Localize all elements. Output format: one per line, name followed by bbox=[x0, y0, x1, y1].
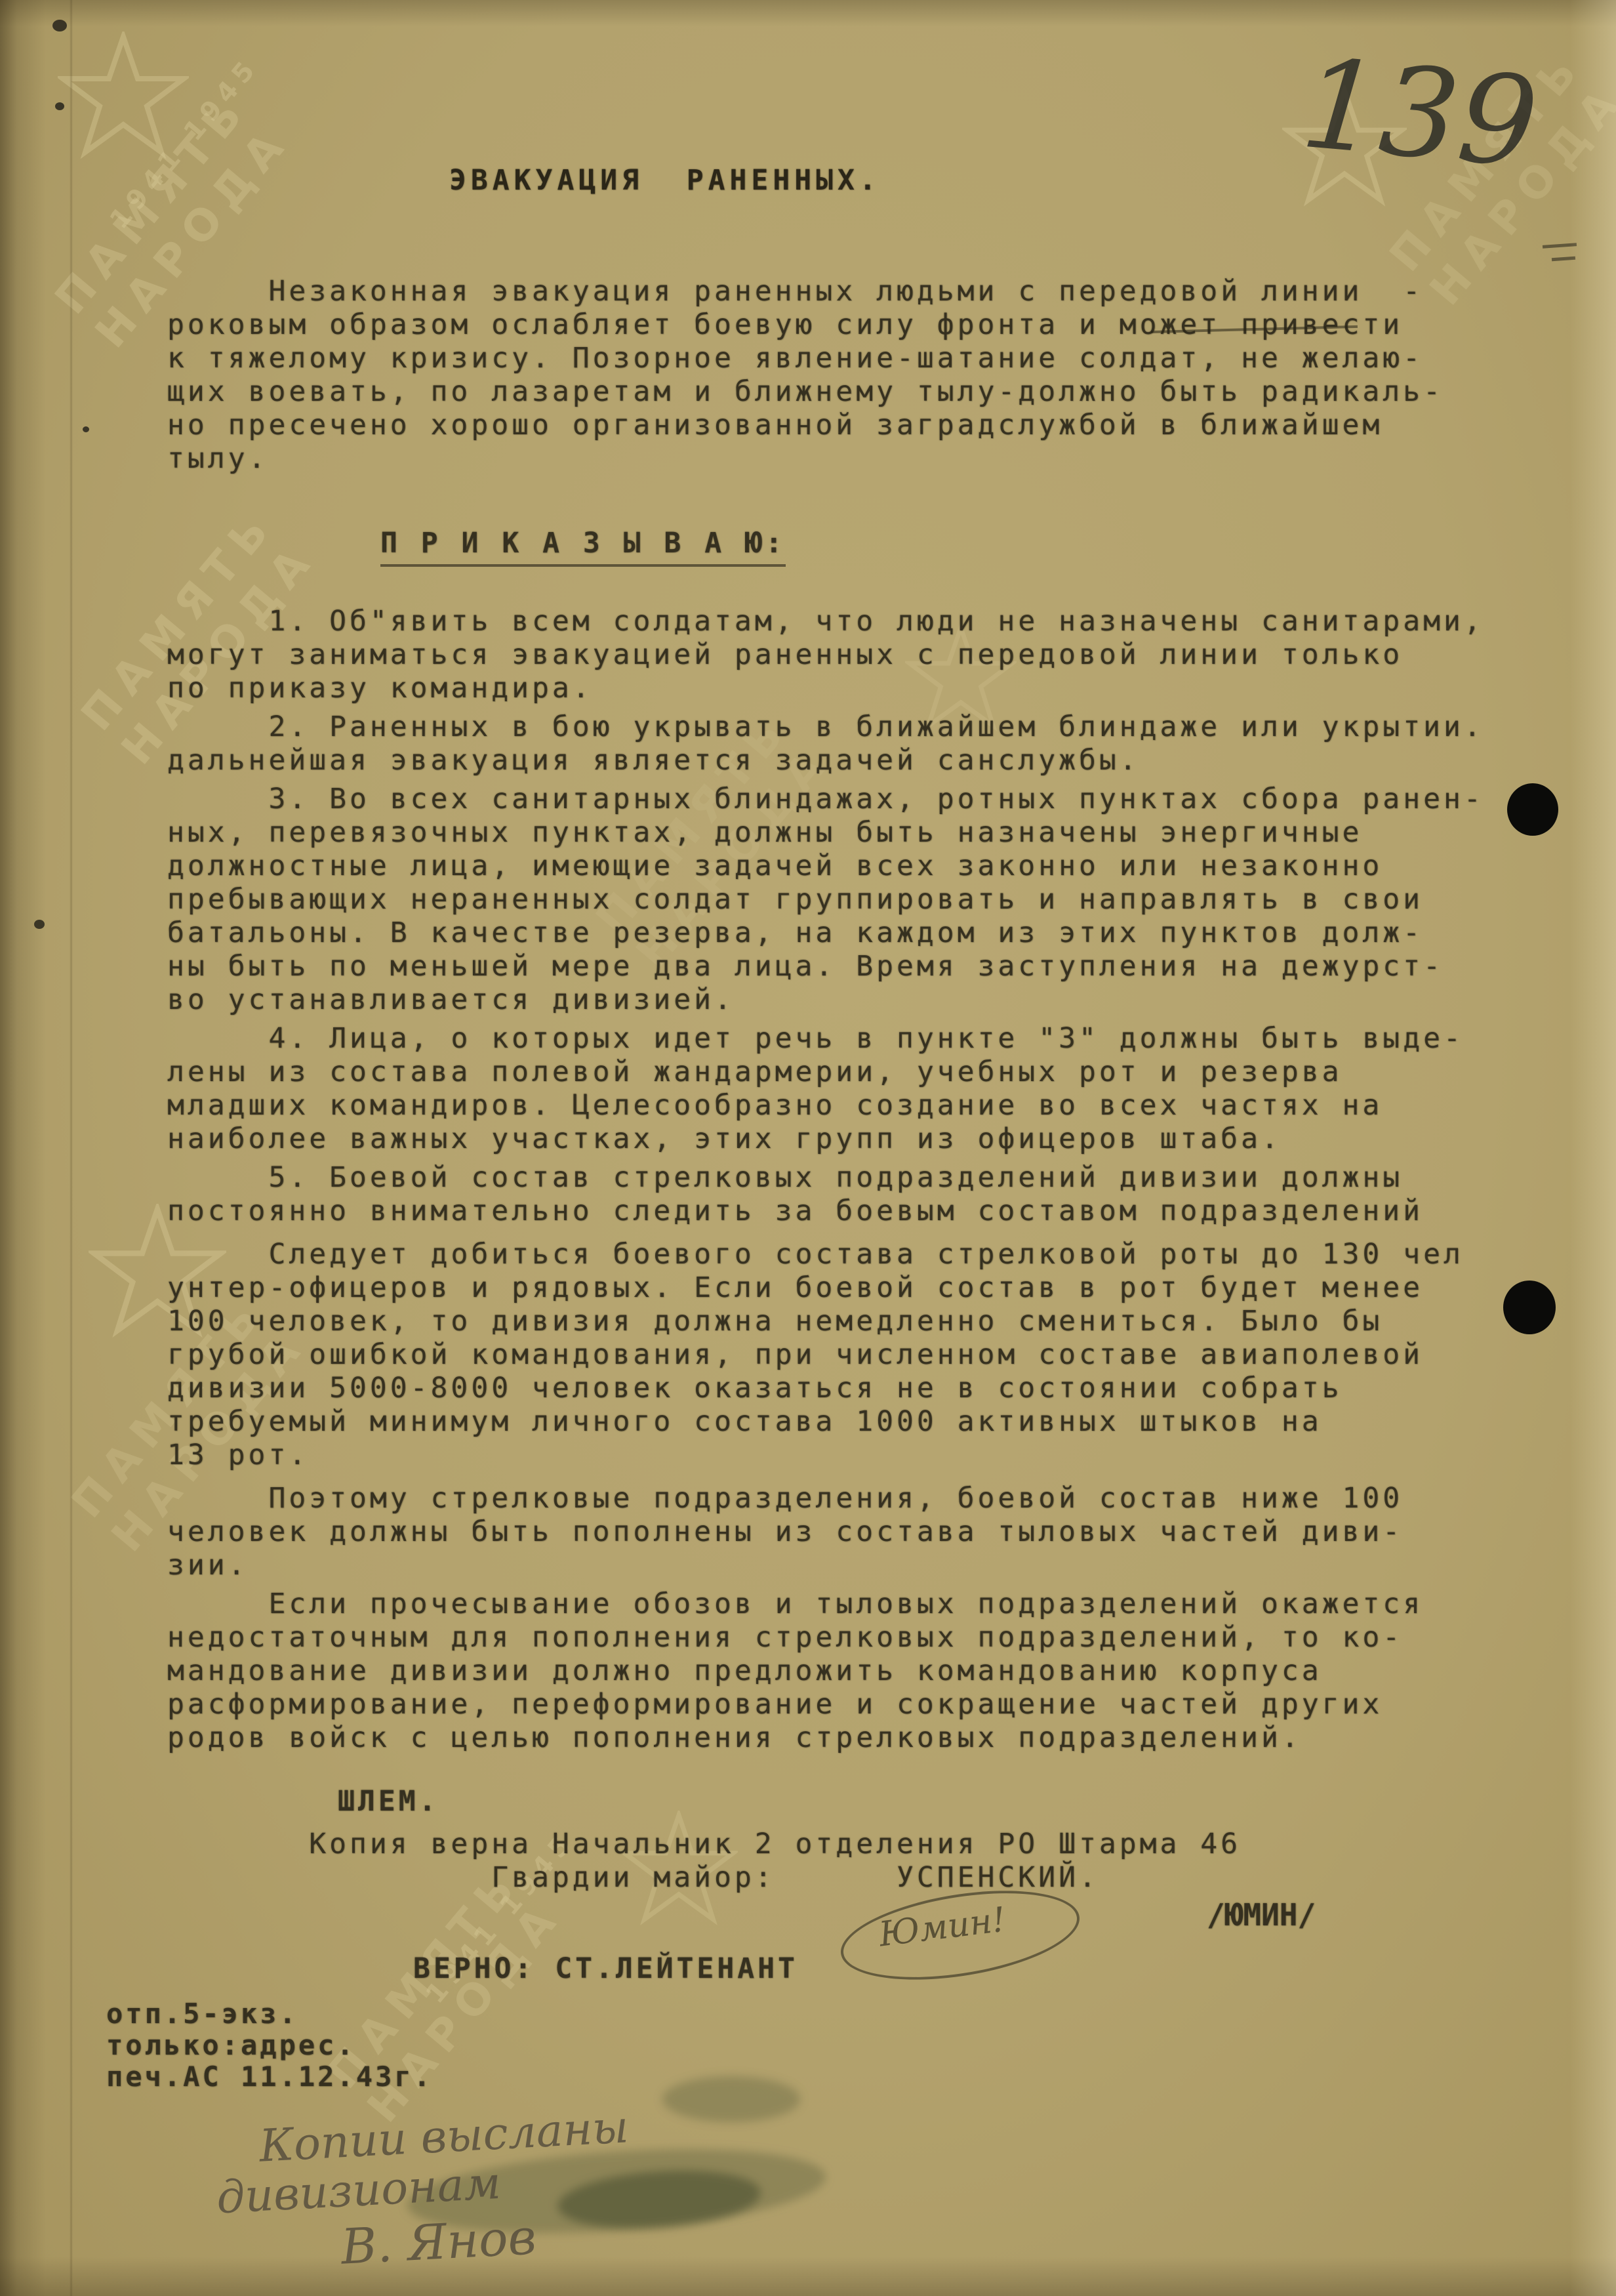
star-watermark-icon bbox=[58, 31, 189, 163]
order-point-5: 5. Боевой состав стрелковых подразделени… bbox=[167, 1161, 1528, 1228]
handwritten-dash bbox=[1552, 256, 1575, 261]
handwritten-dash bbox=[1543, 243, 1577, 249]
signer-name: /ЮМИН/ bbox=[1207, 1897, 1316, 1933]
supplement-paragraph-3: Если прочесывание обозов и тыловых подра… bbox=[167, 1588, 1528, 1755]
hole-punch bbox=[1507, 783, 1558, 836]
order-point-1: 1. Об"явить всем солдатам, что люди не н… bbox=[167, 605, 1528, 705]
certification-block: Копия верна Начальник 2 отделения РО Шта… bbox=[167, 1828, 1528, 1895]
order-point-3: 3. Во всех санитарных блиндажах, ротных … bbox=[167, 783, 1528, 1017]
supplement-paragraph-2: Поэтому стрелковые подразделения, боевой… bbox=[167, 1482, 1528, 1582]
stamp-smudge bbox=[662, 2076, 800, 2122]
document-scan-page: 1941 1945 ПАМЯТЬ НАРОДА ПАМЯТЬ НАРОДА ПА… bbox=[0, 0, 1616, 2296]
ink-speck bbox=[34, 920, 45, 929]
order-point-2: 2. Раненных в бою укрывать в ближайшем б… bbox=[167, 710, 1528, 777]
supplement-paragraph-1: Следует добиться боевого состава стрелко… bbox=[167, 1238, 1528, 1472]
shlem-line: ШЛЕМ. bbox=[338, 1785, 1528, 1818]
order-point-4: 4. Лица, о которых идет речь в пункте "3… bbox=[167, 1022, 1528, 1156]
ink-speck bbox=[55, 102, 64, 110]
handwritten-note-line3: В. Янов bbox=[340, 2209, 538, 2275]
ink-speck bbox=[83, 426, 89, 432]
ink-speck bbox=[52, 20, 67, 31]
hole-punch bbox=[1503, 1281, 1556, 1334]
paper-crease bbox=[70, 0, 73, 2296]
typed-text-column: ЭВАКУАЦИЯ РАНЕННЫХ. Незаконная эвакуация… bbox=[167, 164, 1528, 1986]
intro-paragraph: Незаконная эвакуация раненных людьми с п… bbox=[167, 275, 1528, 476]
footer-block: отп.5-экз. только:адрес. печ.АС 11.12.43… bbox=[106, 1998, 433, 2093]
page-number: 139 bbox=[1297, 43, 1542, 186]
order-heading: П Р И К А З Ы В А Ю: bbox=[380, 527, 786, 567]
